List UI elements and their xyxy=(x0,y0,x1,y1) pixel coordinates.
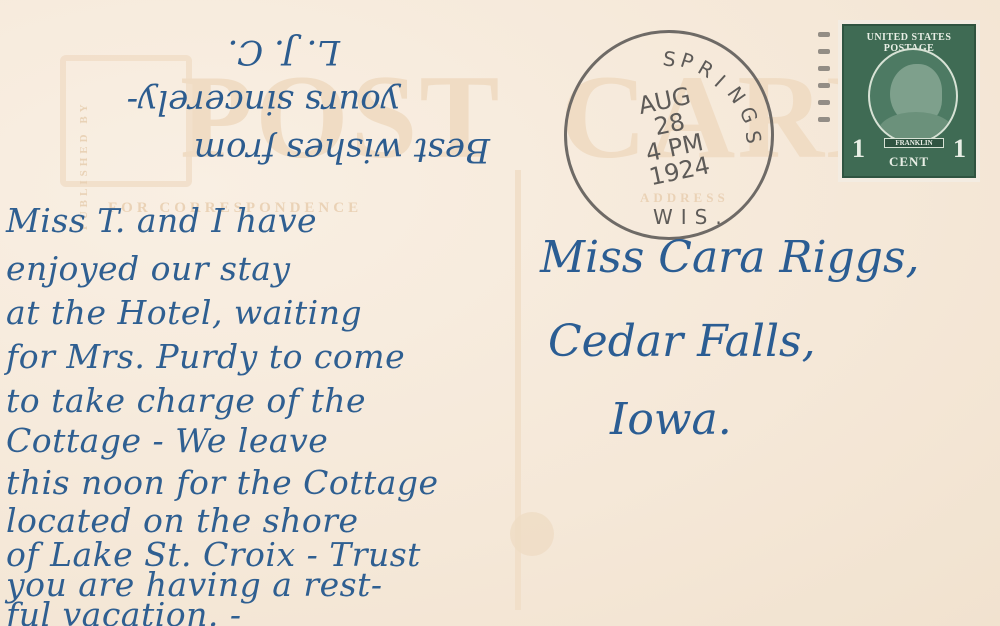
postmark-state: WIS. xyxy=(653,205,730,229)
message-line: at the Hotel, waiting xyxy=(6,296,362,329)
message-line: enjoyed our stay xyxy=(6,252,291,285)
note-line: Best wishes from xyxy=(194,130,490,170)
postmark-date: AUG 28 4 PM 1924 xyxy=(618,80,726,193)
address-name: Miss Cara Riggs, xyxy=(540,232,920,283)
message-line: to take charge of the xyxy=(6,384,366,417)
message-line: this noon for the Cottage xyxy=(6,466,439,499)
note-line: L. J. C. xyxy=(228,32,340,72)
message-line: Miss T. and I have xyxy=(6,204,317,237)
note-line: yours sincerely- xyxy=(127,82,400,122)
paper-stain xyxy=(510,512,554,556)
message-line: located on the shore xyxy=(6,504,359,537)
stamp-face: UNITED STATES POSTAGE FRANKLIN 1 1 CENT xyxy=(842,24,976,178)
message-line: for Mrs. Purdy to come xyxy=(6,340,405,373)
postcard-back: POST CARD FOR CORRESPONDENCE ADDRESS PUB… xyxy=(0,0,1000,626)
franklin-portrait-icon xyxy=(868,48,958,144)
address-state: Iowa. xyxy=(610,394,732,445)
address-city: Cedar Falls, xyxy=(548,316,816,367)
postage-stamp: UNITED STATES POSTAGE FRANKLIN 1 1 CENT xyxy=(838,20,980,182)
stamp-portrait-name: FRANKLIN xyxy=(884,138,944,148)
postmark: S P R I N G S AUG 28 4 PM 1924 WIS. xyxy=(564,30,774,240)
message-line: Cottage - We leave xyxy=(6,424,328,457)
upside-down-note: Best wishes from yours sincerely- L. J. … xyxy=(60,10,520,190)
message-line: ful vacation. - xyxy=(6,598,242,626)
cancellation-marks xyxy=(810,20,840,140)
stamp-unit: CENT xyxy=(844,154,974,170)
